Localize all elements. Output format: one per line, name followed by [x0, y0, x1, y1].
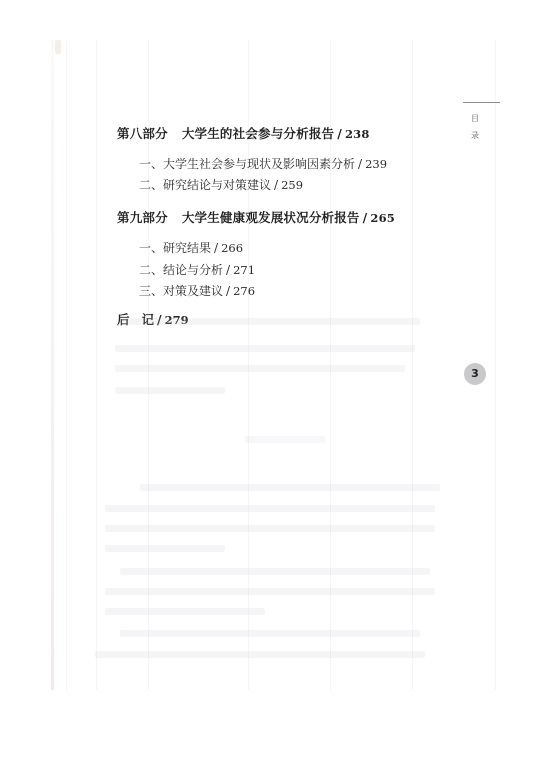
running-head-char: 录	[468, 127, 482, 144]
toc-item[interactable]: 一、大学生社会参与现状及影响因素分析/239	[139, 155, 387, 172]
item-label: 一、大学生社会参与现状及影响因素分析	[139, 157, 355, 171]
page-separator: /	[214, 241, 218, 255]
item-label: 二、结论与分析	[139, 263, 223, 277]
item-label: 二、研究结论与对策建议	[139, 178, 271, 192]
running-head: 目 录	[468, 110, 482, 144]
page-separator: /	[337, 126, 342, 141]
running-head-char: 目	[468, 110, 482, 127]
page-ref: 239	[365, 157, 387, 171]
toc-item[interactable]: 二、研究结论与对策建议/259	[139, 176, 303, 193]
item-label: 三、对策及建议	[139, 284, 223, 298]
part-number: 第八部分	[117, 126, 168, 141]
toc-item[interactable]: 三、对策及建议/276	[139, 282, 255, 299]
toc-item[interactable]: 一、研究结果/266	[139, 239, 243, 256]
page-separator: /	[274, 178, 278, 192]
part-number: 第九部分	[117, 210, 168, 225]
toc-part-8[interactable]: 第八部分大学生的社会参与分析报告/238	[117, 124, 370, 142]
scan-streak	[66, 40, 67, 690]
book-page: 目 录 第八部分大学生的社会参与分析报告/238 一、大学生社会参与现状及影响因…	[0, 0, 554, 783]
page-ref: 265	[370, 211, 395, 225]
page-ref: 238	[345, 127, 370, 141]
page-separator: /	[358, 157, 362, 171]
part-title: 大学生的社会参与分析报告	[182, 126, 334, 141]
page-separator: /	[226, 263, 230, 277]
scan-streak	[96, 40, 97, 690]
scan-streak	[495, 40, 496, 690]
toc-item[interactable]: 二、结论与分析/271	[139, 261, 255, 278]
page-number-badge: 3	[464, 363, 486, 385]
binding-mark	[55, 40, 61, 54]
toc-part-9[interactable]: 第九部分大学生健康观发展状况分析报告/265	[117, 208, 395, 226]
page-ref: 259	[281, 178, 303, 192]
page-ref: 271	[233, 263, 255, 277]
page-ref: 276	[233, 284, 255, 298]
running-head-rule	[463, 102, 500, 103]
item-label: 一、研究结果	[139, 241, 211, 255]
part-title: 大学生健康观发展状况分析报告	[182, 210, 360, 225]
page-separator: /	[363, 210, 368, 225]
page-separator: /	[226, 284, 230, 298]
binding-edge	[51, 40, 54, 690]
page-ref: 266	[221, 241, 243, 255]
